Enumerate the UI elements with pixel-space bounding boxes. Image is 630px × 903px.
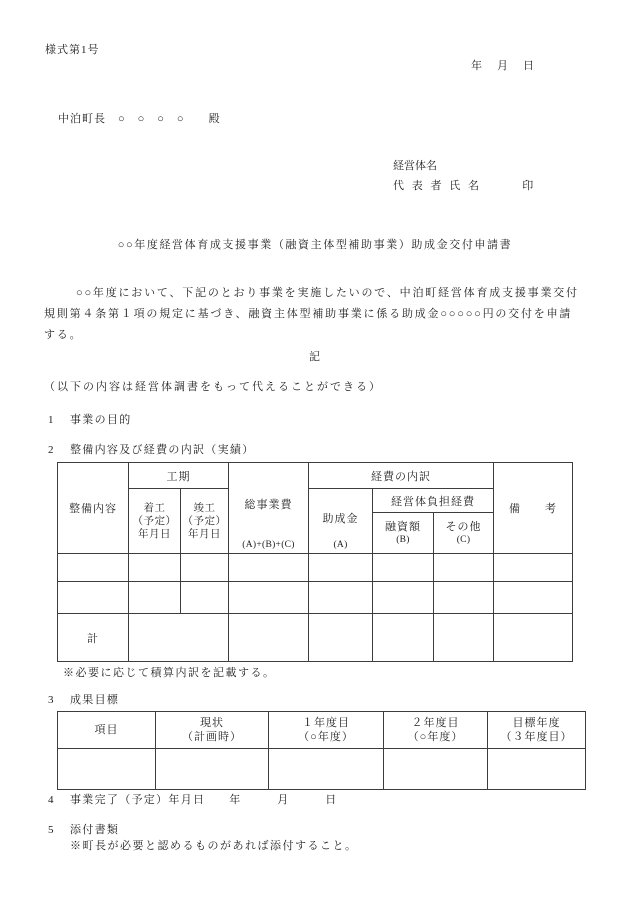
cost-breakdown-table: 整備内容 工期 総事業費 (A)+(B)+(C) 経費の内訳 備 考 着工 （予… bbox=[57, 462, 573, 662]
subsidy-label: 助成金 bbox=[309, 510, 372, 526]
current-status-sub: （計画時） bbox=[156, 730, 268, 744]
target-year-sub: （３年度目） bbox=[488, 730, 585, 744]
cost-cell bbox=[229, 614, 309, 662]
section-3-title: 成果目標 bbox=[70, 694, 119, 706]
section-1-number: 1 bbox=[48, 414, 70, 426]
target-year-label: 目標年度 bbox=[488, 716, 585, 730]
year-1-sub: （○年度） bbox=[269, 730, 383, 744]
goal-data-row bbox=[58, 749, 586, 790]
header-loan: 融資額 (B) bbox=[373, 513, 434, 554]
total-row-label: 計 bbox=[58, 614, 129, 662]
cost-cell bbox=[434, 582, 494, 614]
cost-table-footnote: ※必要に応じて積算内訳を記載する。 bbox=[63, 664, 276, 680]
section-5-title: 添付書類 bbox=[70, 824, 119, 836]
entity-name-label: 経営体名 bbox=[393, 156, 533, 176]
total-cost-label: 総事業費 bbox=[229, 496, 308, 512]
completion-date-placeholder: 年 月 日 bbox=[205, 794, 337, 806]
application-form-page: 様式第1号 年 月 日 中泊町長 ○ ○ ○ ○ 殿 経営体名 代 表 者 氏 … bbox=[0, 0, 630, 903]
cost-cell bbox=[181, 582, 229, 614]
subsidy-code: (A) bbox=[309, 540, 372, 550]
end-date-line3: 年月日 bbox=[181, 528, 228, 541]
cost-cell bbox=[434, 554, 494, 582]
representative-line: 代 表 者 氏 名 印 bbox=[393, 176, 533, 196]
cost-cell bbox=[373, 582, 434, 614]
cost-cell bbox=[434, 614, 494, 662]
other-code: (C) bbox=[434, 534, 493, 546]
cost-total-row: 計 bbox=[58, 614, 573, 662]
header-cost-breakdown-group: 経費の内訳 bbox=[309, 463, 494, 489]
cost-cell bbox=[129, 582, 181, 614]
cost-data-row-2 bbox=[58, 582, 573, 614]
header-year-1: １年度目（○年度） bbox=[269, 712, 384, 749]
header-operator-burden-group: 経営体負担経費 bbox=[373, 489, 494, 513]
attachments-note: ※町長が必要と認めるものがあれば添付すること。 bbox=[70, 837, 358, 853]
year-1-label: １年度目 bbox=[269, 716, 383, 730]
cost-cell bbox=[373, 554, 434, 582]
goal-header-row: 項目 現状（計画時） １年度目（○年度） ２年度目（○年度） 目標年度（３年度目… bbox=[58, 712, 586, 749]
item-label: 項目 bbox=[58, 723, 155, 737]
form-number: 様式第1号 bbox=[45, 41, 100, 57]
section-3-heading: 3成果目標 bbox=[48, 691, 119, 707]
section-4-title: 事業完了（予定）年月日 bbox=[70, 794, 205, 806]
goal-cell bbox=[58, 749, 156, 790]
section-1-heading: 1事業の目的 bbox=[48, 411, 132, 427]
addressee-line: 中泊町長 ○ ○ ○ ○ 殿 bbox=[58, 110, 221, 126]
header-end-date: 竣工 （予定） 年月日 bbox=[181, 489, 229, 554]
header-total-cost: 総事業費 (A)+(B)+(C) bbox=[229, 463, 309, 554]
start-date-line2: （予定） bbox=[129, 515, 180, 528]
date-line: 年 月 日 bbox=[471, 57, 536, 73]
substitution-note: （以下の内容は経営体調書をもって代えることができる） bbox=[44, 378, 382, 394]
header-improvement-content: 整備内容 bbox=[58, 463, 129, 554]
body-line-2: 規則第４条第１項の規定に基づき、融資主体型補助事業に係る助成金○○○○○円の交付… bbox=[44, 304, 589, 325]
goal-cell bbox=[269, 749, 384, 790]
cost-cell bbox=[373, 614, 434, 662]
end-date-line2: （予定） bbox=[181, 515, 228, 528]
total-cost-formula: (A)+(B)+(C) bbox=[229, 540, 308, 550]
start-date-line1: 着工 bbox=[129, 502, 180, 515]
cost-cell bbox=[181, 554, 229, 582]
signature-block: 経営体名 代 表 者 氏 名 印 bbox=[393, 156, 533, 196]
year-2-label: ２年度目 bbox=[384, 716, 487, 730]
cost-cell bbox=[229, 554, 309, 582]
header-subsidy: 助成金 (A) bbox=[309, 489, 373, 554]
cost-cell bbox=[494, 554, 573, 582]
body-line-1: ○○年度において、下記のとおり事業を実施したいので、中泊町経営体育成支援事業交付 bbox=[44, 283, 589, 304]
cost-cell bbox=[309, 554, 373, 582]
cost-cell bbox=[129, 614, 229, 662]
goal-cell bbox=[156, 749, 269, 790]
current-status-label: 現状 bbox=[156, 716, 268, 730]
section-1-title: 事業の目的 bbox=[70, 414, 132, 426]
header-target-year: 目標年度（３年度目） bbox=[488, 712, 586, 749]
section-2-heading: 2整備内容及び経費の内訳（実績） bbox=[48, 441, 255, 457]
cost-cell bbox=[58, 554, 129, 582]
year-2-sub: （○年度） bbox=[384, 730, 487, 744]
section-2-title: 整備内容及び経費の内訳（実績） bbox=[70, 444, 255, 456]
cost-cell bbox=[494, 614, 573, 662]
header-start-date: 着工 （予定） 年月日 bbox=[129, 489, 181, 554]
seal-label: 印 bbox=[522, 180, 533, 192]
header-work-period-group: 工期 bbox=[129, 463, 229, 489]
cost-cell bbox=[309, 582, 373, 614]
section-5-number: 5 bbox=[48, 824, 70, 836]
section-2-number: 2 bbox=[48, 444, 70, 456]
goal-table: 項目 現状（計画時） １年度目（○年度） ２年度目（○年度） 目標年度（３年度目… bbox=[57, 711, 586, 790]
representative-label: 代 表 者 氏 名 bbox=[393, 180, 482, 192]
header-remarks: 備 考 bbox=[494, 463, 573, 554]
start-date-line3: 年月日 bbox=[129, 528, 180, 541]
cost-cell bbox=[58, 582, 129, 614]
cost-cell bbox=[229, 582, 309, 614]
cost-cell bbox=[309, 614, 373, 662]
goal-cell bbox=[384, 749, 488, 790]
loan-code: (B) bbox=[373, 534, 433, 546]
cost-cell bbox=[129, 554, 181, 582]
cost-data-row-1 bbox=[58, 554, 573, 582]
header-current-status: 現状（計画時） bbox=[156, 712, 269, 749]
header-item: 項目 bbox=[58, 712, 156, 749]
document-title: ○○年度経営体育成支援事業（融資主体型補助事業）助成金交付申請書 bbox=[0, 236, 630, 252]
other-label: その他 bbox=[434, 520, 493, 534]
body-paragraph: ○○年度において、下記のとおり事業を実施したいので、中泊町経営体育成支援事業交付… bbox=[44, 283, 589, 346]
loan-label: 融資額 bbox=[373, 520, 433, 534]
section-5-heading: 5添付書類 bbox=[48, 821, 119, 837]
header-other: その他 (C) bbox=[434, 513, 494, 554]
cost-cell bbox=[494, 582, 573, 614]
end-date-line1: 竣工 bbox=[181, 502, 228, 515]
header-year-2: ２年度目（○年度） bbox=[384, 712, 488, 749]
goal-cell bbox=[488, 749, 586, 790]
section-4-heading: 4事業完了（予定）年月日 年 月 日 bbox=[48, 791, 337, 807]
section-3-number: 3 bbox=[48, 694, 70, 706]
section-4-number: 4 bbox=[48, 794, 70, 806]
record-mark: 記 bbox=[0, 348, 630, 364]
body-line-3: する。 bbox=[44, 325, 589, 346]
